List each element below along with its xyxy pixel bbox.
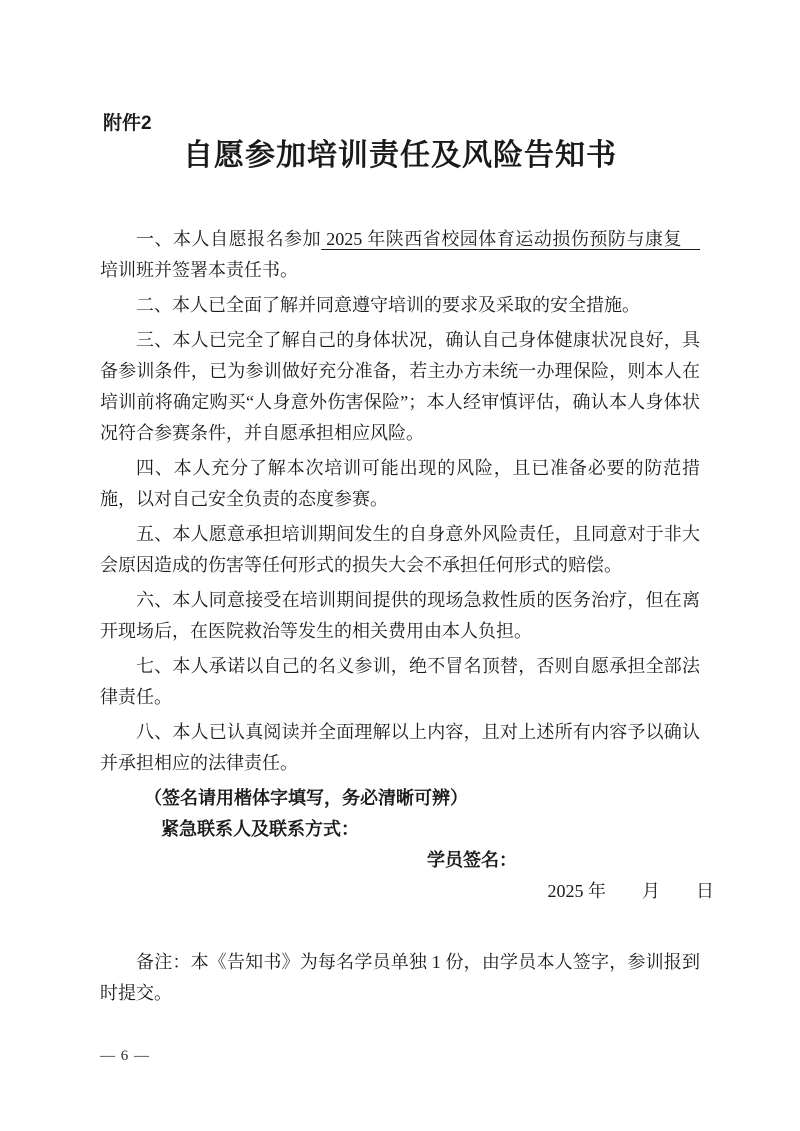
date-line: 2025 年 月 日 [100,876,714,907]
clause-4: 四、本人充分了解本次培训可能出现的风险，且已准备必要的防范措施，以对自己安全负责… [100,453,700,515]
clause-1-course-name-underlined: 2025 年陕西省校园体育运动损伤预防与康复 [321,229,700,249]
clause-3: 三、本人已完全了解自己的身体状况，确认自己身体健康状况良好，具备参训条件，已为参… [100,325,700,449]
clause-6: 六、本人同意接受在培训期间提供的现场急救性质的医务治疗，但在离开现场后，在医院救… [100,585,700,647]
document-body: 一、本人自愿报名参加 2025 年陕西省校园体育运动损伤预防与康复 培训班并签署… [100,224,700,1009]
clause-2: 二、本人已全面了解并同意遵守培训的要求及采取的安全措施。 [100,290,700,321]
attachment-label: 附件2 [103,112,152,136]
signature-instruction: （签名请用楷体字填写，务必清晰可辨） [100,783,700,814]
signer-label-line: 学员签名： [427,845,700,876]
clause-1-tail: 培训班并签署本责任书。 [100,260,298,280]
clause-5: 五、本人愿意承担培训期间发生的自身意外风险责任，且同意对于非大会原因造成的伤害等… [100,519,700,581]
clause-8: 八、本人已认真阅读并全面理解以上内容，且对上述所有内容予以确认并承担相应的法律责… [100,717,700,779]
emergency-contact-line: 紧急联系人及联系方式： [100,814,700,845]
clause-7: 七、本人承诺以自己的名义参训，绝不冒名顶替，否则自愿承担全部法律责任。 [100,651,700,713]
clause-1: 一、本人自愿报名参加 2025 年陕西省校园体育运动损伤预防与康复 培训班并签署… [100,224,700,286]
remark-paragraph: 备注：本《告知书》为每名学员单独 1 份，由学员本人签字，参训报到时提交。 [100,947,700,1009]
document-page: 附件2 自愿参加培训责任及风险告知书 一、本人自愿报名参加 2025 年陕西省校… [0,0,800,1131]
document-title: 自愿参加培训责任及风险告知书 [0,134,800,178]
clause-1-text: 一、本人自愿报名参加 [136,229,321,249]
page-number: — 6 — [100,1046,150,1066]
